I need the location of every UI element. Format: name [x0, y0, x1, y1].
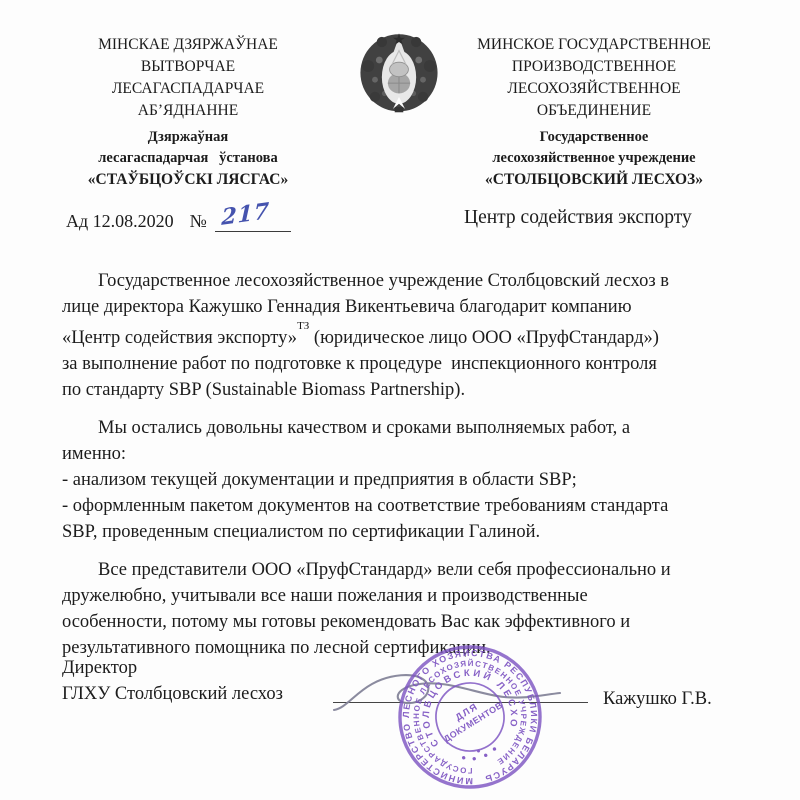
addressee: Центр содействия экспорту [464, 207, 692, 229]
body-line: «Центр содействия экспорту»ТЗ (юридическ… [62, 320, 768, 351]
number-underline: 217 [215, 211, 291, 232]
header-org-russian: МИНСКОЕ ГОСУДАРСТВЕННОЕПРОИЗВОДСТВЕННОЕЛ… [448, 34, 740, 191]
unit-name-be: «СТАЎБЦОЎСКІ ЛЯСГАС» [68, 169, 308, 191]
letter-body: Государственное лесохозяйственное учрежд… [62, 268, 768, 673]
date-label: Ад 12.08.2020 [66, 211, 174, 232]
belarus-coat-of-arms-icon [356, 30, 442, 114]
body-line: Государственное лесохозяйственное учрежд… [62, 268, 768, 294]
number-label: № [190, 211, 207, 232]
body-line: лице директора Кажушко Геннадия Викентье… [62, 294, 768, 320]
unit-name-ru: «СТОЛБЦОВСКИЙ ЛЕСХОЗ» [448, 169, 740, 191]
unit-type-ru: Государственноелесохозяйственное учрежде… [448, 127, 740, 169]
org-name-be: МІНСКАЕ ДЗЯРЖАЎНАЕВЫТВОРЧАЕЛЕСАГАСПАДАРЧ… [68, 34, 308, 122]
org-name-ru: МИНСКОЕ ГОСУДАРСТВЕННОЕПРОИЗВОДСТВЕННОЕЛ… [448, 34, 740, 122]
stamp-center-text: ДЛЯ ДОКУМЕНТОВ [436, 690, 505, 744]
footnote-marker: ТЗ [297, 320, 309, 332]
paragraph-1: Государственное лесохозяйственное учрежд… [62, 268, 768, 403]
body-line: по стандарту SBP (Sustainable Biomass Pa… [62, 377, 768, 403]
signer-position: ДиректорГЛХУ Столбцовский лесхоз [62, 655, 283, 707]
body-line-tail: (юридическое лицо ООО «ПруфСтандард») [309, 328, 659, 348]
header-org-belarusian: МІНСКАЕ ДЗЯРЖАЎНАЕВЫТВОРЧАЕЛЕСАГАСПАДАРЧ… [68, 34, 308, 191]
round-stamp: МИНИСТЕРСТВО ЛЕСНОГО ХОЗЯЙСТВА РЕСПУБЛИК… [388, 635, 552, 799]
handwritten-number: 217 [221, 198, 270, 231]
quoted-company: «Центр содействия экспорту» [62, 328, 297, 348]
scanned-letter-page: МІНСКАЕ ДЗЯРЖАЎНАЕВЫТВОРЧАЕЛЕСАГАСПАДАРЧ… [0, 0, 800, 800]
paragraph-2: Мы остались довольны качеством и сроками… [62, 415, 768, 545]
unit-type-be: Дзяржаўнаялесагаспадарчая ўстанова [68, 127, 308, 169]
reference-line: Ад 12.08.2020 № 217 [66, 211, 291, 232]
signer-name: Кажушко Г.В. [603, 689, 712, 710]
body-line: за выполнение работ по подготовке к проц… [62, 351, 768, 377]
